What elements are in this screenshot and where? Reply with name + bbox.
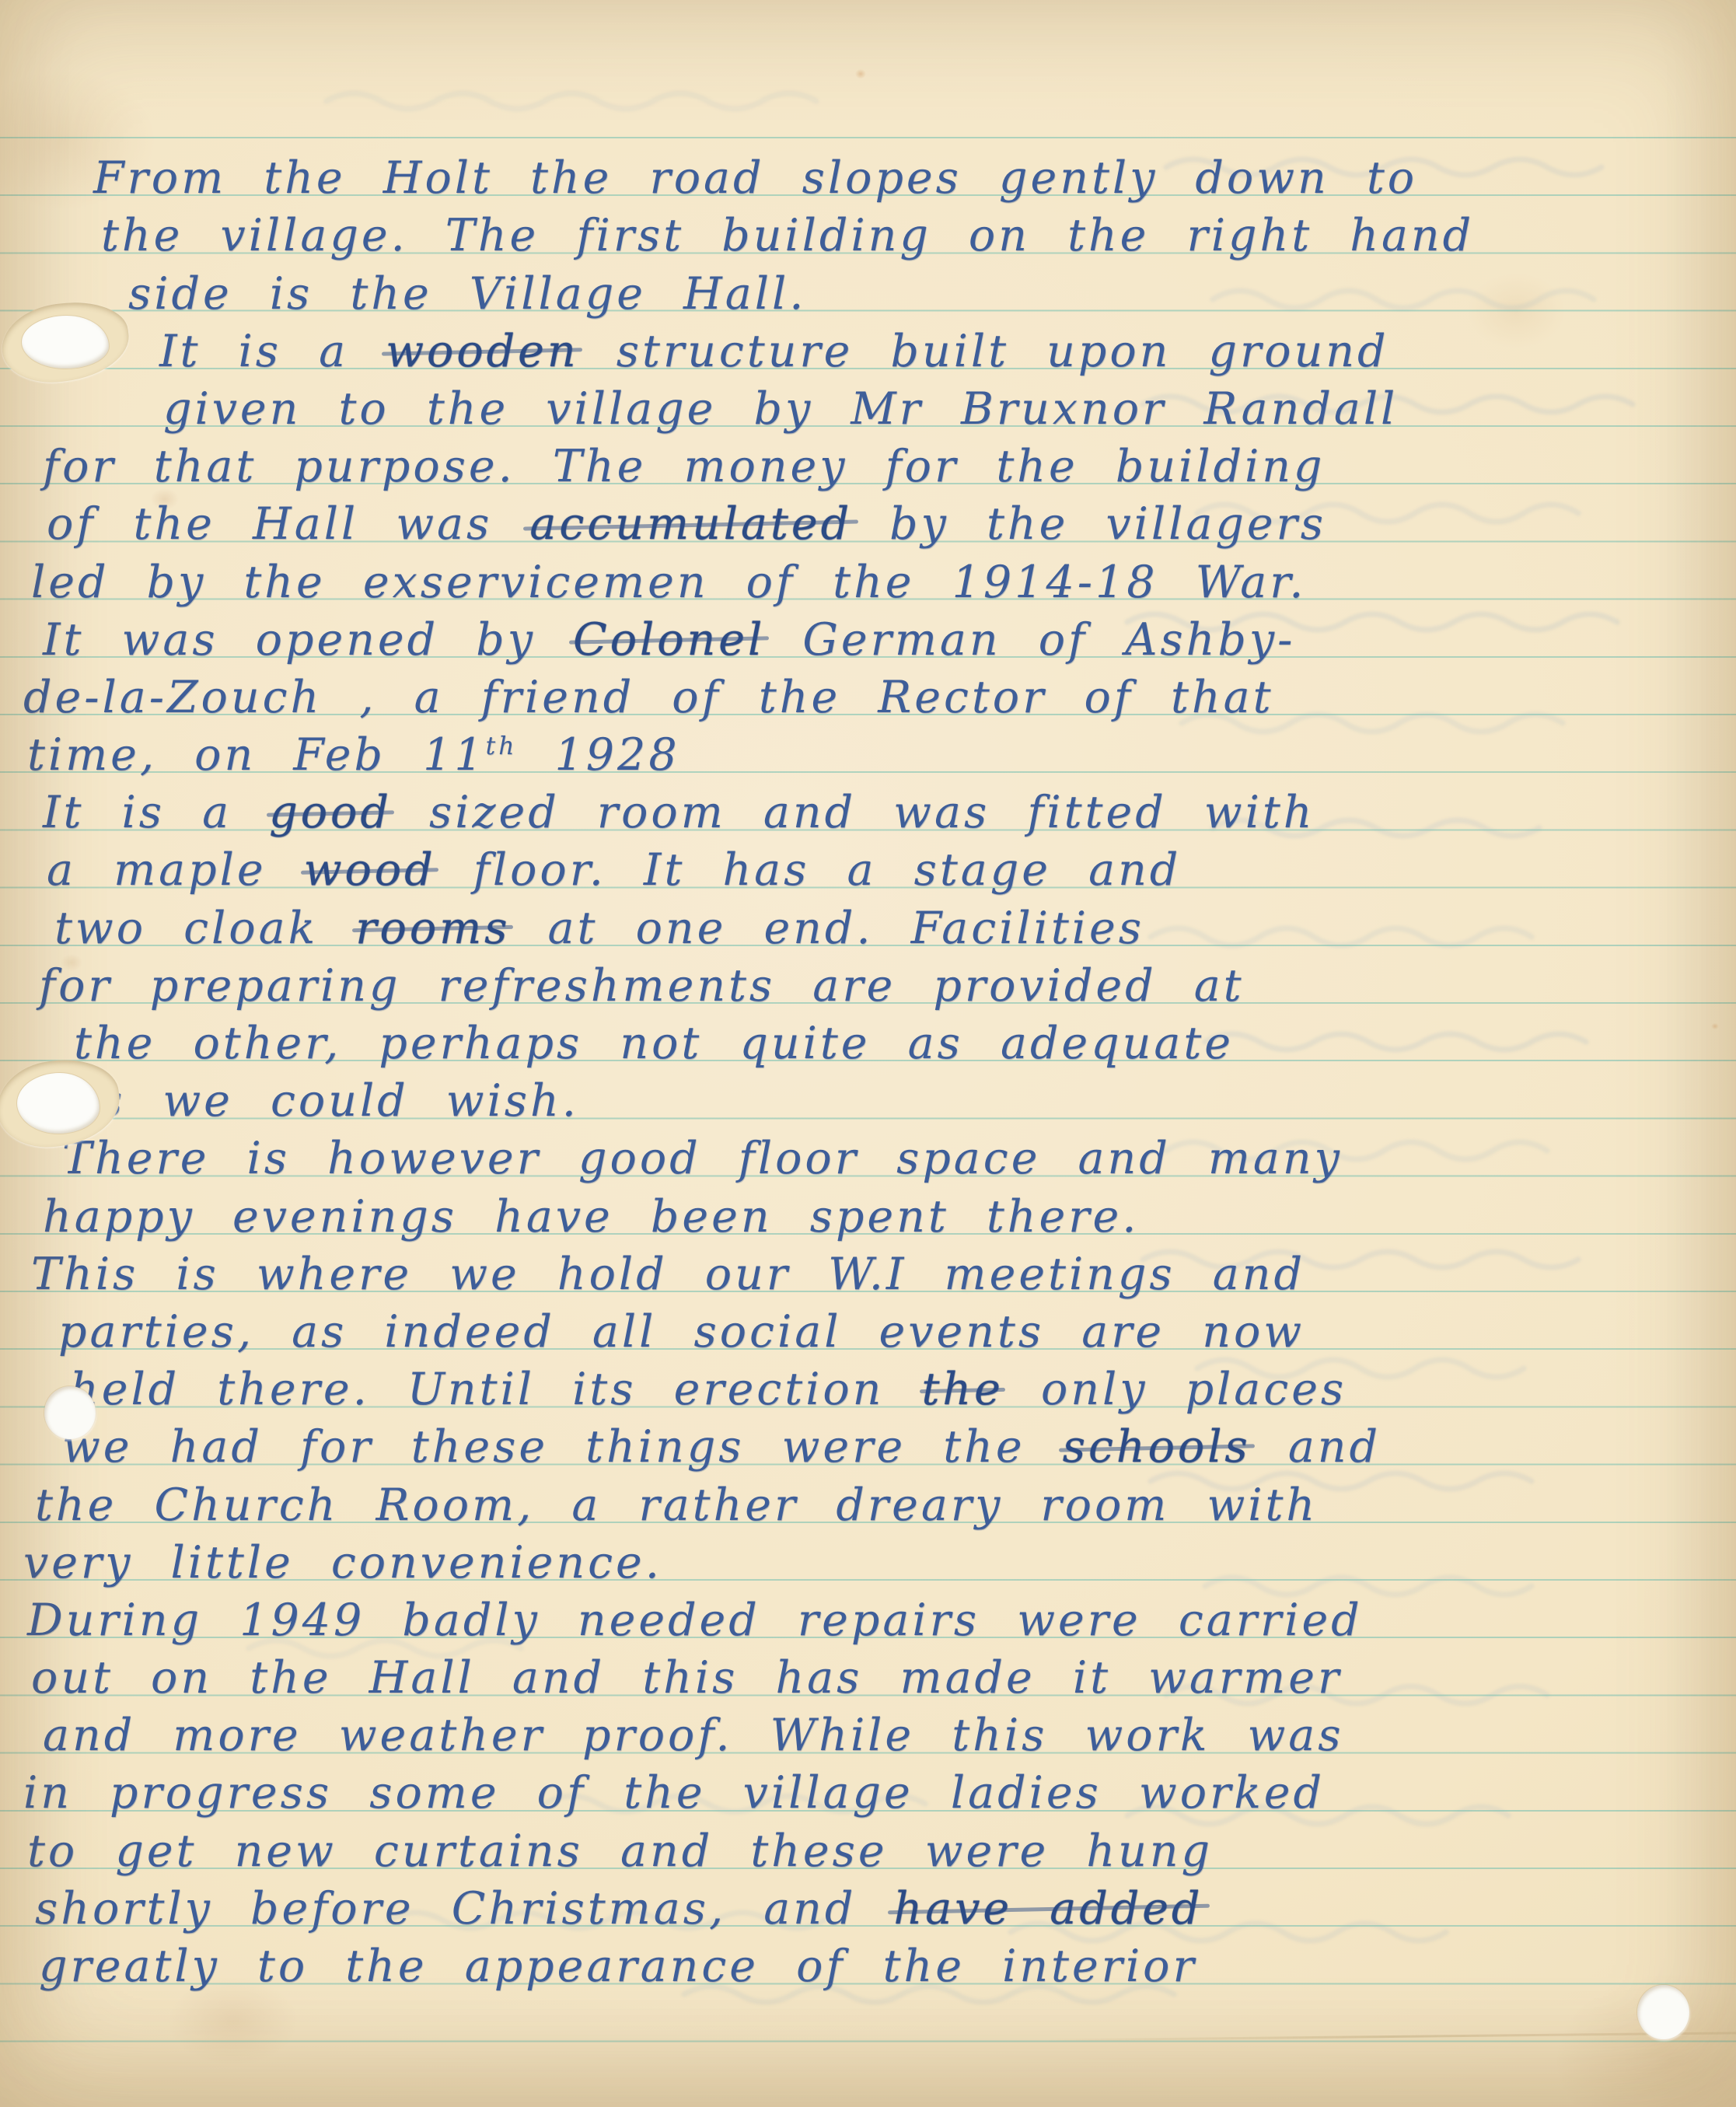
- handwritten-line: the other, perhaps not quite as adequate: [0, 1002, 1736, 1060]
- handwritten-line: out on the Hall and this has made it war…: [0, 1637, 1736, 1694]
- handwritten-line: greatly to the appearance of the interio…: [0, 1925, 1736, 1983]
- handwritten-line: for preparing refreshments are provided …: [0, 945, 1736, 1002]
- handwritten-line: led by the exservicemen of the 1914-18 W…: [0, 540, 1736, 598]
- hole-punch-torn-top: [22, 316, 109, 369]
- handwritten-line: and more weather proof. While this work …: [0, 1694, 1736, 1752]
- handwritten-line: happy evenings have been spent there.: [0, 1175, 1736, 1232]
- handwritten-line: the Church Room, a rather dreary room wi…: [0, 1463, 1736, 1521]
- handwritten-line: as we could wish.: [0, 1060, 1736, 1117]
- handwritten-line: we had for these things were the schools…: [0, 1406, 1736, 1463]
- handwritten-line: There is however good floor space and ma…: [0, 1117, 1736, 1175]
- handwritten-line: for that purpose. The money for the buil…: [0, 425, 1736, 483]
- hole-punch-left: [44, 1386, 96, 1439]
- handwritten-line: From the Holt the road slopes gently dow…: [0, 137, 1736, 194]
- handwritten-line: shortly before Christmas, and have added: [0, 1868, 1736, 1925]
- handwritten-line: held there. Until its erection the only …: [0, 1348, 1736, 1406]
- handwritten-line: in progress some of the village ladies w…: [0, 1752, 1736, 1809]
- hole-punch-torn-middle: [17, 1073, 100, 1134]
- text-segment: greatly to the appearance of the interio…: [39, 1941, 1197, 1992]
- hole-punch-bottom-right: [1637, 1985, 1689, 2039]
- handwritten-line: of the Hall was accumulated by the villa…: [0, 483, 1736, 540]
- handwriting-lines: From the Holt the road slopes gently dow…: [0, 137, 1736, 1983]
- handwritten-line: This is where we hold our W.I meetings a…: [0, 1233, 1736, 1291]
- handwritten-line: given to the village by Mr Bruxnor Randa…: [0, 368, 1736, 425]
- handwritten-line: time, on Feb 11th 1928: [0, 714, 1736, 771]
- manuscript-photo: { "page": { "description": "Handwritten …: [0, 0, 1736, 2107]
- handwritten-line: to get new curtains and these were hung: [0, 1809, 1736, 1867]
- handwritten-text: greatly to the appearance of the interio…: [39, 1941, 1197, 1992]
- handwritten-line: It was opened by Colonel German of Ashby…: [0, 599, 1736, 656]
- handwritten-line: two cloak rooms at one end. Facilities: [0, 886, 1736, 944]
- handwritten-line: side is the Village Hall.: [0, 252, 1736, 309]
- handwritten-line: parties, as indeed all social events are…: [0, 1291, 1736, 1348]
- punch-hole: [22, 316, 109, 369]
- handwritten-line: It is a good sized room and was fitted w…: [0, 771, 1736, 829]
- handwritten-line: It is a wooden structure built upon grou…: [0, 310, 1736, 368]
- punch-hole: [17, 1073, 100, 1134]
- handwritten-line: During 1949 badly needed repairs were ca…: [0, 1579, 1736, 1637]
- superscript-text: th: [486, 732, 518, 760]
- handwritten-line: a maple wood floor. It has a stage and: [0, 829, 1736, 886]
- handwritten-line: very little convenience.: [0, 1522, 1736, 1579]
- handwritten-line: de-la-Zouch , a friend of the Rector of …: [0, 656, 1736, 714]
- handwritten-line: the village. The first building on the r…: [0, 194, 1736, 252]
